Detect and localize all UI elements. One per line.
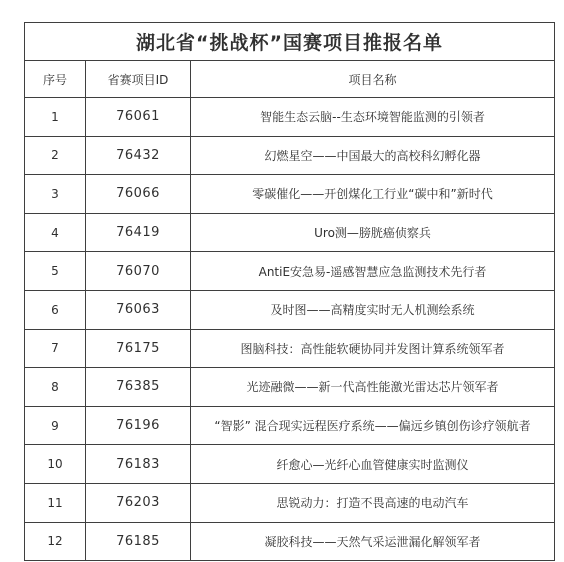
- project-id-cell: 76419: [86, 213, 191, 252]
- table-title: 湖北省“挑战杯”国赛项目推报名单: [25, 23, 555, 61]
- row-index-cell: 8: [25, 368, 86, 407]
- row-index-cell: 1: [25, 98, 86, 137]
- project-id-cell: 76385: [86, 368, 191, 407]
- project-name-cell: 及时图——高精度实时无人机测绘系统: [191, 290, 555, 329]
- table-row: 476419Uro测—膀胱癌侦察兵: [25, 213, 555, 252]
- column-header-project-id: 省赛项目ID: [86, 61, 191, 98]
- row-index-cell: 6: [25, 290, 86, 329]
- row-index-cell: 11: [25, 483, 86, 522]
- row-index-cell: 2: [25, 136, 86, 175]
- table-row: 876385光迹融微——新一代高性能激光雷达芯片领军者: [25, 368, 555, 407]
- project-id-cell: 76203: [86, 483, 191, 522]
- table-header-row: 序号 省赛项目ID 项目名称: [25, 61, 555, 98]
- project-name-cell: 凝胶科技——天然气采运泄漏化解领军者: [191, 522, 555, 561]
- table-row: 376066零碳催化——开创煤化工行业“碳中和”新时代: [25, 175, 555, 214]
- column-header-index: 序号: [25, 61, 86, 98]
- column-header-project-name: 项目名称: [191, 61, 555, 98]
- row-index-cell: 9: [25, 406, 86, 445]
- project-id-cell: 76175: [86, 329, 191, 368]
- project-id-cell: 76061: [86, 98, 191, 137]
- project-name-cell: 幻燃星空——中国最大的高校科幻孵化器: [191, 136, 555, 175]
- table-row: 176061智能生态云脑--生态环境智能监测的引领者: [25, 98, 555, 137]
- table-row: 676063及时图——高精度实时无人机测绘系统: [25, 290, 555, 329]
- table-row: 1176203思锐动力：打造不畏高速的电动汽车: [25, 483, 555, 522]
- table-title-row: 湖北省“挑战杯”国赛项目推报名单: [25, 23, 555, 61]
- row-index-cell: 10: [25, 445, 86, 484]
- project-name-cell: 思锐动力：打造不畏高速的电动汽车: [191, 483, 555, 522]
- document-page: 湖北省“挑战杯”国赛项目推报名单 序号 省赛项目ID 项目名称 176061智能…: [0, 0, 564, 562]
- row-index-cell: 4: [25, 213, 86, 252]
- project-name-cell: “智影” 混合现实远程医疗系统——偏远乡镇创伤诊疗领航者: [191, 406, 555, 445]
- table-row: 1276185凝胶科技——天然气采运泄漏化解领军者: [25, 522, 555, 561]
- project-table: 湖北省“挑战杯”国赛项目推报名单 序号 省赛项目ID 项目名称 176061智能…: [24, 22, 555, 561]
- table-row: 1076183纤愈心—光纤心血管健康实时监测仪: [25, 445, 555, 484]
- row-index-cell: 12: [25, 522, 86, 561]
- project-name-cell: 零碳催化——开创煤化工行业“碳中和”新时代: [191, 175, 555, 214]
- project-name-cell: 智能生态云脑--生态环境智能监测的引领者: [191, 98, 555, 137]
- project-name-cell: AntiE安急易-遥感智慧应急监测技术先行者: [191, 252, 555, 291]
- project-id-cell: 76196: [86, 406, 191, 445]
- row-index-cell: 7: [25, 329, 86, 368]
- project-id-cell: 76066: [86, 175, 191, 214]
- project-name-cell: 纤愈心—光纤心血管健康实时监测仪: [191, 445, 555, 484]
- project-id-cell: 76063: [86, 290, 191, 329]
- table-row: 276432幻燃星空——中国最大的高校科幻孵化器: [25, 136, 555, 175]
- project-id-cell: 76183: [86, 445, 191, 484]
- project-name-cell: 图脑科技：高性能软硬协同并发图计算系统领军者: [191, 329, 555, 368]
- project-id-cell: 76070: [86, 252, 191, 291]
- table-row: 976196“智影” 混合现实远程医疗系统——偏远乡镇创伤诊疗领航者: [25, 406, 555, 445]
- row-index-cell: 3: [25, 175, 86, 214]
- table-body: 176061智能生态云脑--生态环境智能监测的引领者276432幻燃星空——中国…: [25, 98, 555, 561]
- project-id-cell: 76432: [86, 136, 191, 175]
- project-name-cell: Uro测—膀胱癌侦察兵: [191, 213, 555, 252]
- project-id-cell: 76185: [86, 522, 191, 561]
- table-row: 776175图脑科技：高性能软硬协同并发图计算系统领军者: [25, 329, 555, 368]
- row-index-cell: 5: [25, 252, 86, 291]
- project-name-cell: 光迹融微——新一代高性能激光雷达芯片领军者: [191, 368, 555, 407]
- table-row: 576070AntiE安急易-遥感智慧应急监测技术先行者: [25, 252, 555, 291]
